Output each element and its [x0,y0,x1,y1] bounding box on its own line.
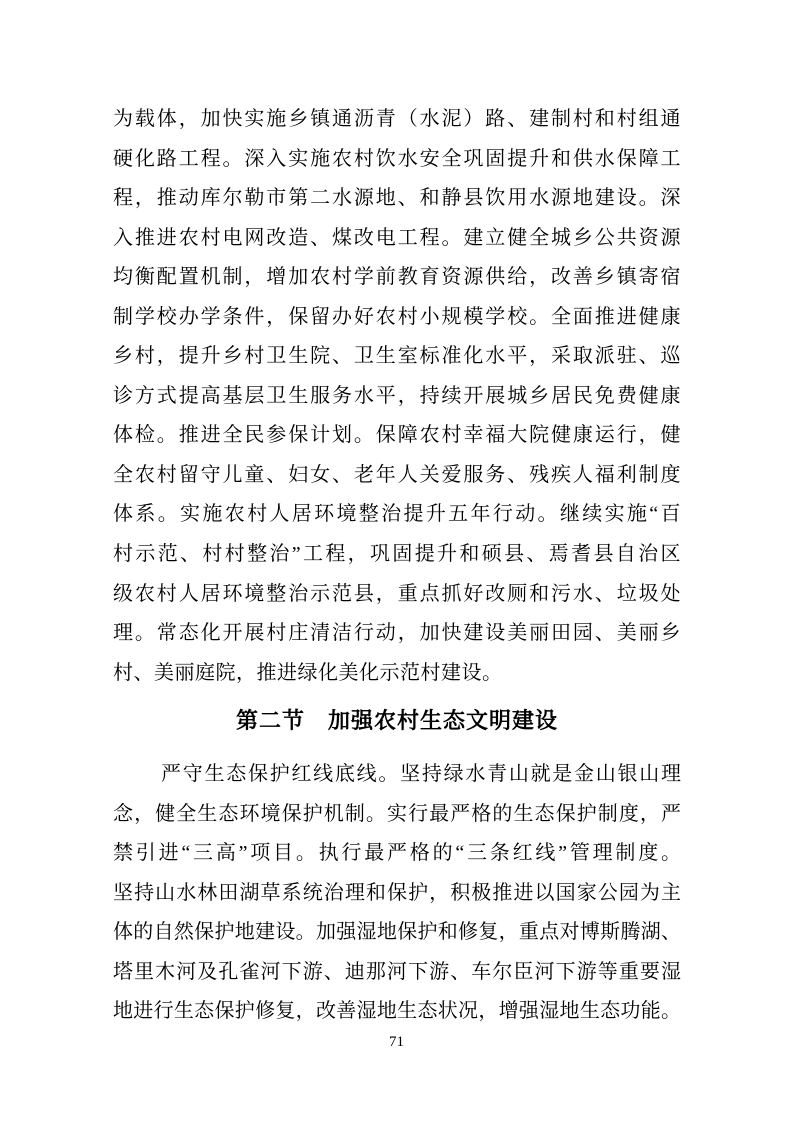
text-column: 为载体，加快实施乡镇通沥青（水泥）路、建制村和村组通 硬化路工程。深入实施农村饮… [113,100,681,1032]
body-text-line: 体的自然保护地建设。加强湿地保护和修复，重点对博斯腾湖、 [113,913,681,953]
body-text-line: 地进行生态保护修复，改善湿地生态状况，增强湿地生态功能。 [113,992,681,1032]
body-text-line: 体检。推进全民参保计划。保障农村幸福大院健康运行，健 [113,416,681,456]
body-text-line: 乡村，提升乡村卫生院、卫生室标准化水平，采取派驻、巡 [113,337,681,377]
body-text-line: 严守生态保护红线底线。坚持绿水青山就是金山银山理 [113,755,681,795]
body-text-line: 塔里木河及孔雀河下游、迪那河下游、车尔臣河下游等重要湿 [113,953,681,993]
body-text-line: 入推进农村电网改造、煤改电工程。建立健全城乡公共资源 [113,219,681,259]
body-text-line: 体系。实施农村人居环境整治提升五年行动。继续实施“百 [113,495,681,535]
body-text-line: 念，健全生态环境保护机制。实行最严格的生态保护制度，严 [113,795,681,835]
document-page: 为载体，加快实施乡镇通沥青（水泥）路、建制村和村组通 硬化路工程。深入实施农村饮… [0,0,793,1122]
body-text-line: 程，推动库尔勒市第二水源地、和静县饮用水源地建设。深 [113,179,681,219]
section-heading: 第二节 加强农村生态文明建设 [113,699,681,743]
body-text-line: 禁引进“三高”项目。执行最严格的“三条红线”管理制度。 [113,834,681,874]
paragraph: 严守生态保护红线底线。坚持绿水青山就是金山银山理 念，健全生态环境保护机制。实行… [113,755,681,1032]
body-text-line: 村、美丽庭院，推进绿化美化示范村建设。 [113,654,681,694]
body-text-line: 均衡配置机制，增加农村学前教育资源供给，改善乡镇寄宿 [113,258,681,298]
paragraph-continued: 为载体，加快实施乡镇通沥青（水泥）路、建制村和村组通 硬化路工程。深入实施农村饮… [113,100,681,693]
body-text-line: 制学校办学条件，保留办好农村小规模学校。全面推进健康 [113,298,681,338]
body-text-line: 坚持山水林田湖草系统治理和保护，积极推进以国家公园为主 [113,874,681,914]
body-text-line: 诊方式提高基层卫生服务水平，持续开展城乡居民免费健康 [113,377,681,417]
body-text-line: 硬化路工程。深入实施农村饮水安全巩固提升和供水保障工 [113,140,681,180]
page-number: 71 [0,1032,793,1052]
body-text-line: 为载体，加快实施乡镇通沥青（水泥）路、建制村和村组通 [113,100,681,140]
body-text-line: 理。常态化开展村庄清洁行动，加快建设美丽田园、美丽乡 [113,614,681,654]
body-text-line: 全农村留守儿童、妇女、老年人关爱服务、残疾人福利制度 [113,456,681,496]
body-text-line: 级农村人居环境整治示范县，重点抓好改厕和污水、垃圾处 [113,575,681,615]
body-text-line: 村示范、村村整治”工程，巩固提升和硕县、焉耆县自治区 [113,535,681,575]
